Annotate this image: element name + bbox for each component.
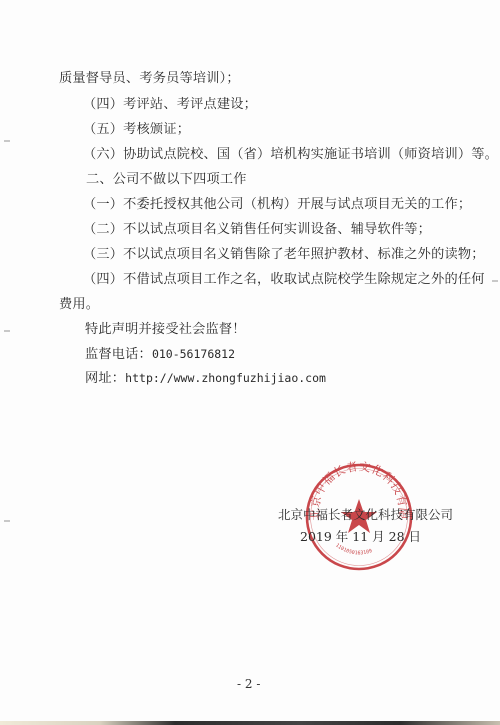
scan-margin-mark — [4, 520, 10, 522]
scan-margin-mark — [492, 280, 498, 282]
text-line-item-4: （四）考评站、考评点建设； — [83, 97, 257, 113]
scan-margin-mark — [4, 140, 10, 142]
text-line-prohibition-3: （三）不以试点项目名义销售除了老年照护教材、标准之外的读物； — [83, 247, 485, 263]
website-line: 网址：http://www.zhongfuzhijiao.com — [85, 370, 326, 387]
website-label: 网址： — [85, 371, 125, 386]
text-line-prohibition-4-cont: 费用。 — [59, 297, 99, 313]
phone-number: 010-56176812 — [152, 347, 235, 361]
section-heading-two: 二、公司不做以下四项工作 — [86, 172, 247, 188]
declaration-statement: 特此声明并接受社会监督！ — [85, 322, 246, 338]
scan-margin-mark — [4, 330, 10, 332]
text-line-prohibition-2: （二）不以试点项目名义销售任何实训设备、辅导软件等； — [83, 222, 431, 238]
text-line-continuation: 质量督导员、考务员等培训）； — [59, 71, 240, 87]
text-line-item-6: （六）协助试点院校、国（省）培机构实施证书培训（师资培训）等。 — [83, 147, 498, 163]
text-line-prohibition-1: （一）不委托授权其他公司（机构）开展与试点项目无关的工作； — [83, 197, 471, 213]
signature-date: 2019 年 11 月 28 日 — [300, 527, 421, 545]
document-page: 质量督导员、考务员等培训）； （四）考评站、考评点建设； （五）考核颁证； （六… — [0, 0, 500, 725]
signature-company: 北京中福长者文化科技有限公司 — [278, 505, 453, 523]
website-url: http://www.zhongfuzhijiao.com — [125, 371, 326, 385]
page-number: - 2 - — [237, 677, 260, 691]
phone-label: 监督电话： — [85, 347, 152, 362]
scan-bottom-edge — [0, 721, 500, 725]
text-line-prohibition-4: （四）不借试点项目工作之名，收取试点院校学生除规定之外的任何 — [83, 272, 485, 288]
phone-line: 监督电话：010-56176812 — [85, 346, 235, 363]
text-line-item-5: （五）考核颁证； — [83, 122, 190, 138]
